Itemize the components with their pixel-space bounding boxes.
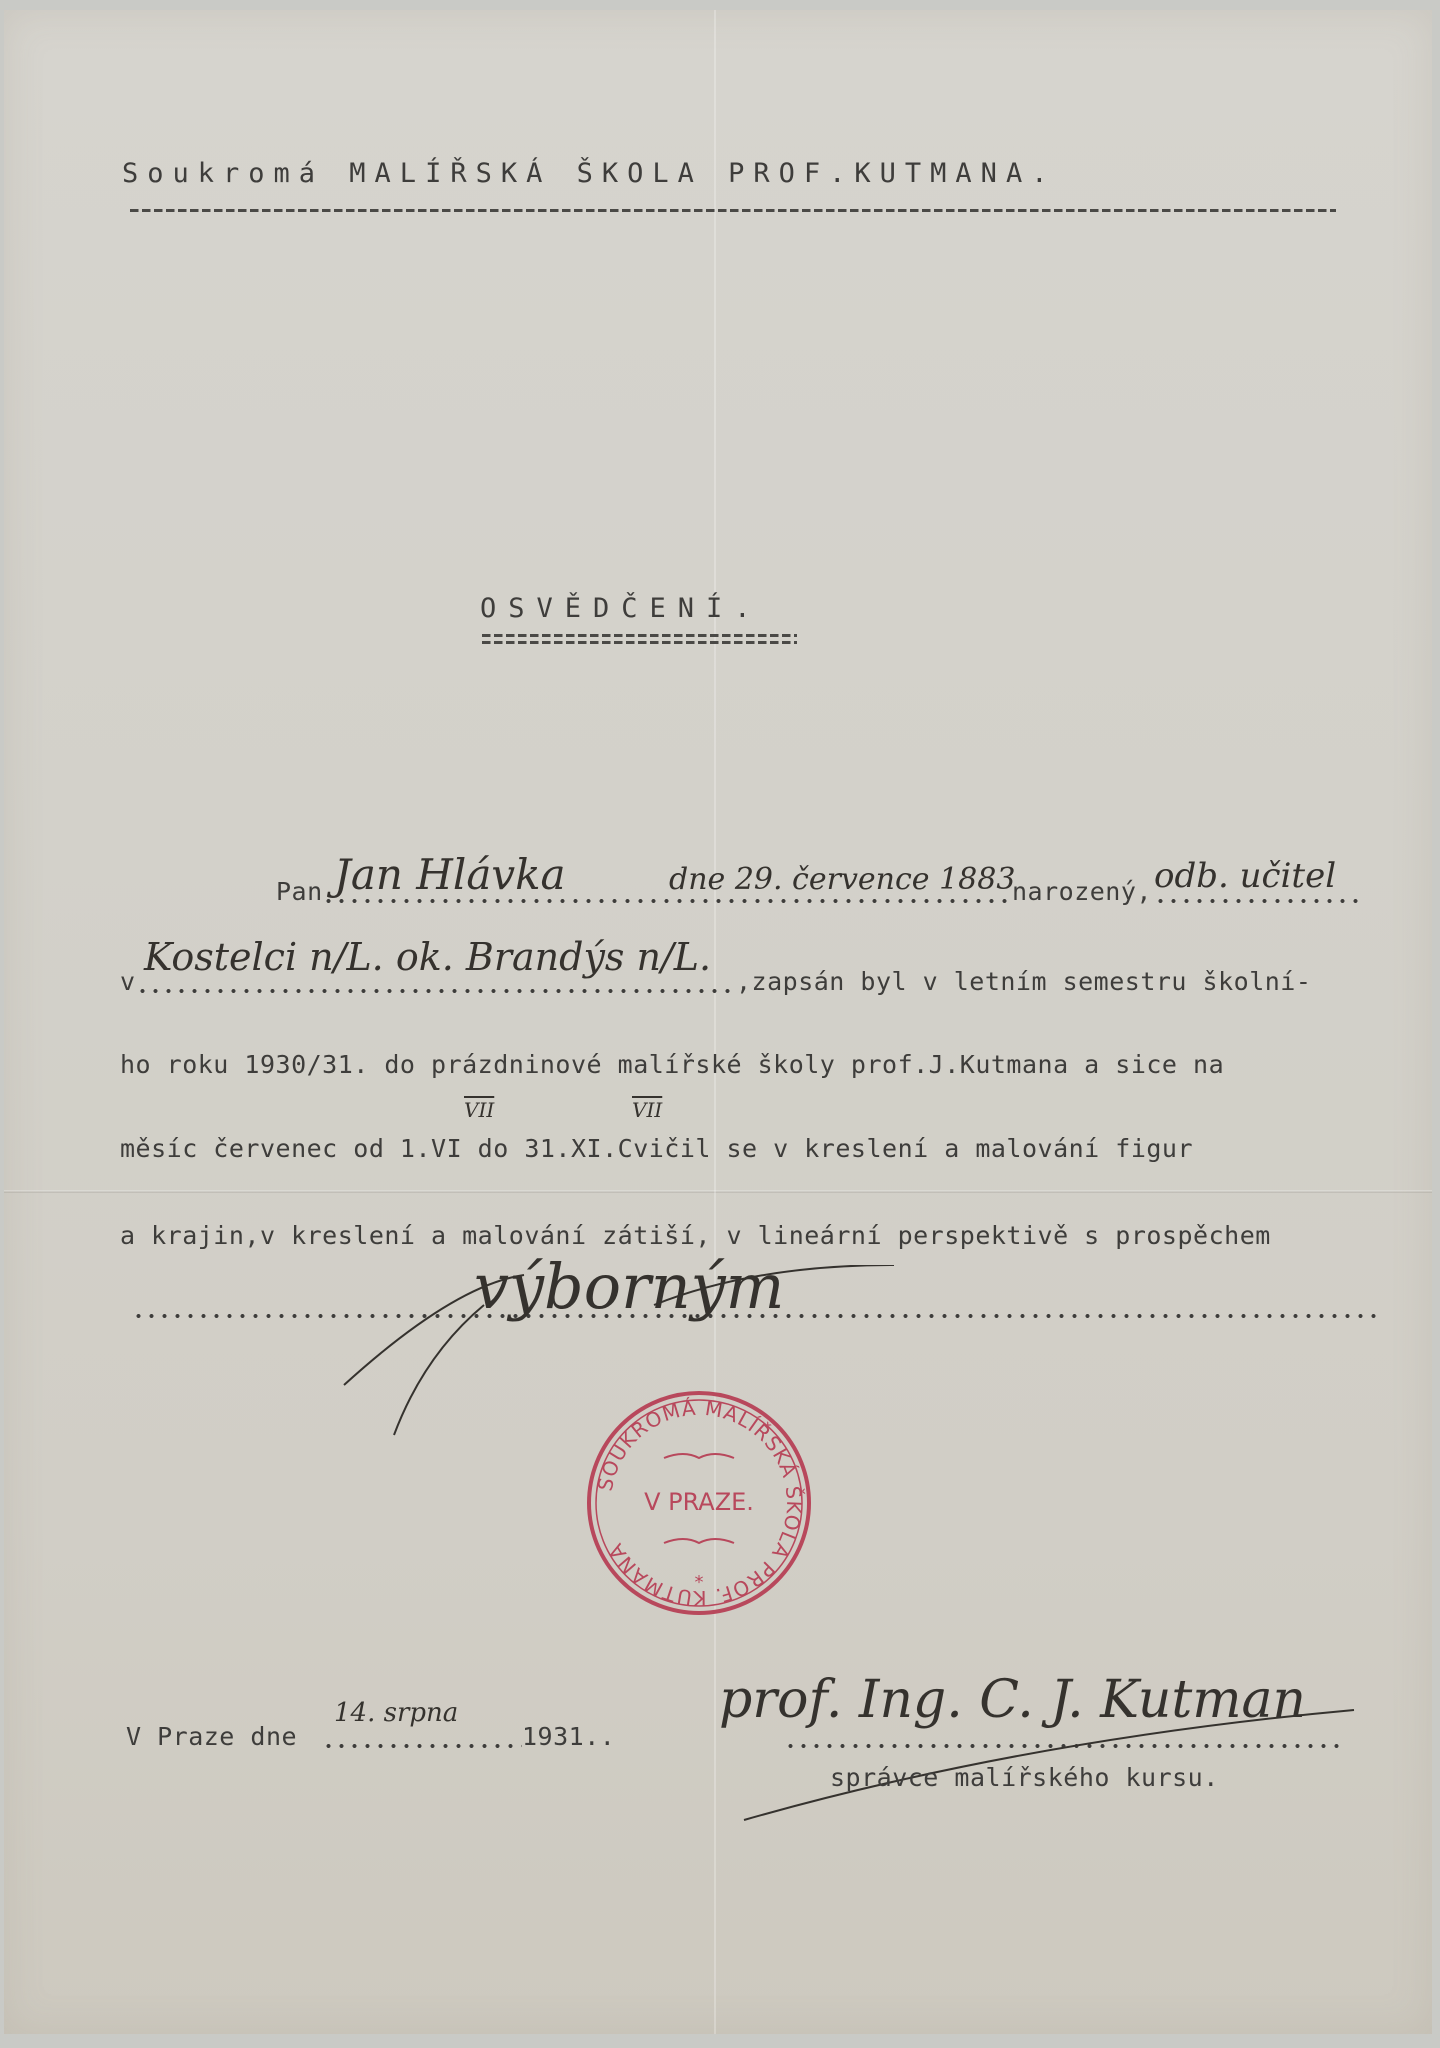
handwritten-birth-date: dne 29. července 1883 bbox=[669, 862, 1015, 897]
school-header: Soukromá MALÍŘSKÁ ŠKOLA PROF.KUTMANA. bbox=[122, 158, 1056, 189]
svg-text:*: * bbox=[695, 1572, 704, 1593]
title-underline-1 bbox=[482, 634, 797, 637]
place-date-label: V Praze dne bbox=[126, 1722, 297, 1751]
place-field-dots bbox=[136, 988, 736, 994]
body-line-3: ho roku 1930/31. do prázdninové malířské… bbox=[120, 1050, 1224, 1079]
correction-month-2: VII bbox=[632, 1098, 662, 1122]
signature-flourish bbox=[724, 1690, 1364, 1830]
handwritten-name: Jan Hlávka bbox=[334, 850, 566, 899]
document-title: OSVĚDČENÍ. bbox=[480, 593, 763, 624]
handwritten-date: 14. srpna bbox=[334, 1698, 458, 1728]
handwritten-occupation: odb. učitel bbox=[1154, 856, 1336, 896]
certificate-paper: Soukromá MALÍŘSKÁ ŠKOLA PROF.KUTMANA. OS… bbox=[4, 10, 1432, 2034]
correction-month-1: VII bbox=[464, 1098, 494, 1122]
header-underline bbox=[130, 209, 1336, 212]
title-underline-2 bbox=[482, 641, 797, 644]
date-year: 1931.. bbox=[522, 1722, 615, 1751]
signatory-role: správce malířského kursu. bbox=[830, 1763, 1219, 1792]
date-field-dots bbox=[322, 1743, 522, 1749]
school-stamp: SOUKROMÁ MALÍŘSKÁ ŠKOLA PROF. KUTMANA V … bbox=[584, 1388, 814, 1618]
v-label: v bbox=[120, 967, 136, 996]
enrollment-text: ,zapsán byl v letním semestru školní- bbox=[736, 967, 1311, 996]
born-label: narozený, bbox=[1012, 877, 1152, 906]
body-line-4: měsíc červenec od 1.VI do 31.XI.Cvičil s… bbox=[120, 1134, 1193, 1163]
pan-label: Pan bbox=[276, 877, 323, 906]
occupation-field-dots bbox=[1154, 898, 1364, 904]
body-line-5: a krajin,v kreslení a malování zátiší, v… bbox=[120, 1221, 1271, 1250]
svg-text:V PRAZE.: V PRAZE. bbox=[644, 1488, 754, 1516]
paper-fold-vertical bbox=[714, 10, 716, 2034]
handwritten-place: Kostelci n/L. ok. Brandýs n/L. bbox=[144, 935, 711, 979]
paper-fold-horizontal bbox=[4, 1190, 1432, 1193]
